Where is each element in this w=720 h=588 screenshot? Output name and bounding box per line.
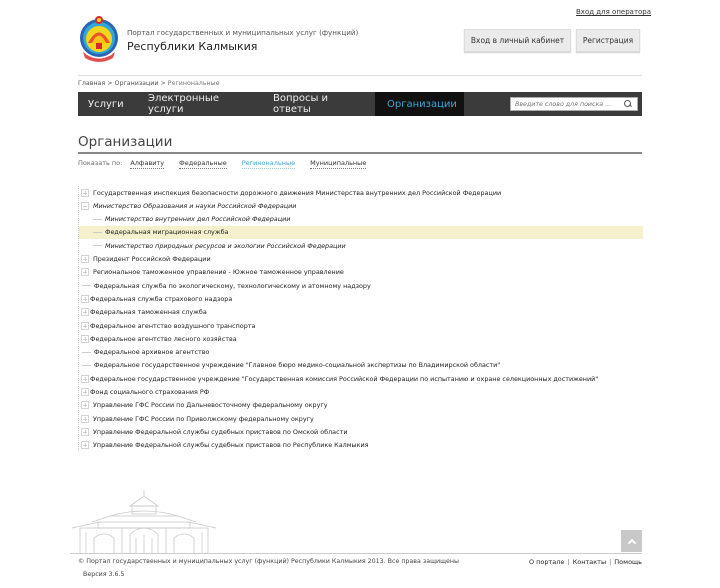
filter-alphabet[interactable]: Алфавиту — [130, 159, 164, 169]
search-input[interactable] — [511, 101, 623, 108]
version-text: Версия 3.6.5 — [83, 571, 125, 578]
tree-item[interactable]: Федеральная таможенная служба — [79, 306, 643, 319]
breadcrumb-separator: > — [161, 80, 166, 87]
tree-connector-line — [82, 365, 91, 366]
tree-item-label[interactable]: Региональное таможенное управление - Южн… — [93, 268, 344, 276]
personal-cabinet-button[interactable]: Вход в личный кабинет — [464, 29, 571, 52]
tree-item-label[interactable]: Федеральное агентство воздушного транспо… — [90, 322, 255, 330]
chevron-up-icon — [627, 538, 635, 546]
operator-login-link[interactable]: Вход для оператора — [576, 8, 651, 16]
tree-item[interactable]: Федеральная служба страхового надзора — [79, 292, 643, 305]
search-icon[interactable] — [623, 99, 633, 109]
tree-item-label[interactable]: Федеральное архивное агентство — [94, 348, 209, 356]
breadcrumb: Главная>Организации>Регинональные — [78, 80, 220, 87]
expand-plus-icon[interactable] — [81, 335, 89, 343]
tree-item[interactable]: Управление ГФС России по Приволжскому фе… — [79, 412, 643, 425]
tree-item-label[interactable]: Министерство природных ресурсов и эколог… — [105, 242, 346, 250]
page-title: Организации — [78, 134, 172, 150]
tree-item[interactable]: Федеральное агентство воздушного транспо… — [79, 319, 643, 332]
tree-connector-line — [82, 285, 91, 286]
footer-links: О портале | Контакты | Помощь — [529, 558, 642, 566]
tree-item-label[interactable]: Федеральная служба страхового надзора — [90, 295, 232, 303]
tree-item[interactable]: Управление ГФС России по Дальневосточном… — [79, 399, 643, 412]
temple-illustration — [70, 488, 218, 554]
breadcrumb-organizations[interactable]: Организации — [114, 80, 158, 87]
nav-services[interactable]: Услуги — [78, 92, 136, 116]
tree-item-label[interactable]: Министерство Образования и науки Российс… — [93, 202, 296, 210]
header-divider — [78, 75, 642, 76]
title-divider — [78, 152, 642, 154]
filter-label: Показать по: — [78, 159, 122, 169]
collapse-minus-icon[interactable] — [81, 202, 89, 210]
tree-item[interactable]: Федеральное государственное учреждение "… — [79, 372, 643, 385]
search-box — [510, 97, 638, 111]
nav-faq[interactable]: Вопросы и ответы — [261, 92, 375, 116]
tree-item[interactable]: Федеральное агентство лесного хозяйства — [79, 332, 643, 345]
tree-item-label[interactable]: Президент Российской Федерации — [93, 255, 211, 263]
tree-item-label[interactable]: Федеральное государственное учреждение "… — [94, 361, 500, 369]
expand-plus-icon[interactable] — [81, 322, 89, 330]
portal-title: Республики Калмыкия — [127, 40, 257, 53]
footer-link-contacts[interactable]: Контакты — [573, 558, 606, 566]
tree-child-item[interactable]: Федеральная миграционная служба — [79, 226, 643, 239]
tree-child-item[interactable]: Министерство внутренних дел Российской Ф… — [79, 213, 643, 226]
tree-item-label[interactable]: Федеральное государственное учреждение "… — [90, 375, 598, 383]
tree-item[interactable]: Федеральное архивное агентство — [79, 346, 643, 359]
tree-connector-line — [93, 219, 102, 220]
filter-regional[interactable]: Регинональные — [242, 159, 295, 169]
tree-item[interactable]: Региональное таможенное управление - Южн… — [79, 266, 643, 279]
tree-item-label[interactable]: Федеральное агентство лесного хозяйства — [90, 335, 237, 343]
breadcrumb-home[interactable]: Главная — [78, 80, 105, 87]
tree-item-label[interactable]: Управление ГФС России по Дальневосточном… — [93, 401, 328, 409]
expand-plus-icon[interactable] — [81, 375, 89, 383]
tree-connector-line — [93, 245, 102, 246]
register-button[interactable]: Регистрация — [576, 29, 640, 52]
footer-separator: | — [609, 558, 611, 566]
tree-item-label[interactable]: Фонд социального страхования РФ — [90, 388, 209, 396]
tree-item[interactable]: Министерство Образования и науки Российс… — [79, 199, 643, 212]
tree-item[interactable]: Президент Российской Федерации — [79, 253, 643, 266]
expand-plus-icon[interactable] — [81, 388, 89, 396]
expand-plus-icon[interactable] — [81, 441, 89, 449]
tree-item-label[interactable]: Управление Федеральной службы судебных п… — [93, 428, 347, 436]
nav-electronic-services[interactable]: Электронные услуги — [136, 92, 261, 116]
tree-item[interactable]: Федеральное государственное учреждение "… — [79, 359, 643, 372]
expand-plus-icon[interactable] — [81, 295, 89, 303]
expand-plus-icon[interactable] — [81, 415, 89, 423]
expand-plus-icon[interactable] — [81, 255, 89, 263]
tree-item-label[interactable]: Федеральная служба по экологическому, те… — [94, 282, 371, 290]
footer-link-about[interactable]: О портале — [529, 558, 564, 566]
footer-separator: | — [567, 558, 569, 566]
tree-item[interactable]: Управление Федеральной службы судебных п… — [79, 425, 643, 438]
expand-plus-icon[interactable] — [81, 401, 89, 409]
filter-bar: Показать по: Алфавиту Федеральные Регино… — [78, 159, 381, 169]
footer-divider — [70, 553, 642, 554]
nav-organizations[interactable]: Организации — [375, 92, 464, 116]
breadcrumb-separator: > — [107, 80, 112, 87]
tree-item[interactable]: Федеральная служба по экологическому, те… — [79, 279, 643, 292]
expand-plus-icon[interactable] — [81, 268, 89, 276]
tree-connector-line — [93, 232, 102, 233]
tree-child-item[interactable]: Министерство природных ресурсов и эколог… — [79, 239, 643, 252]
tree-connector-line — [82, 352, 91, 353]
scroll-to-top-button[interactable] — [621, 530, 642, 552]
organizations-tree: Государственная инспекция безопасности д… — [78, 186, 642, 451]
footer-link-help[interactable]: Помощь — [614, 558, 642, 566]
tree-item[interactable]: Государственная инспекция безопасности д… — [79, 186, 643, 199]
breadcrumb-current: Регинональные — [168, 80, 220, 87]
filter-federal[interactable]: Федеральные — [179, 159, 227, 169]
tree-item-label[interactable]: Управление ГФС России по Приволжскому фе… — [93, 415, 314, 423]
portal-subtitle: Портал государственных и муниципальных у… — [127, 28, 358, 37]
main-nav: Услуги Электронные услуги Вопросы и отве… — [78, 92, 642, 116]
tree-item[interactable]: Фонд социального страхования РФ — [79, 386, 643, 399]
tree-item-label[interactable]: Федеральная таможенная служба — [90, 308, 207, 316]
tree-item[interactable]: Управление Федеральной службы судебных п… — [79, 439, 643, 452]
expand-plus-icon[interactable] — [81, 189, 89, 197]
tree-item-label[interactable]: Управление Федеральной службы судебных п… — [93, 441, 368, 449]
filter-municipal[interactable]: Муниципальные — [310, 159, 366, 169]
tree-item-label[interactable]: Государственная инспекция безопасности д… — [93, 189, 501, 197]
copyright-text: © Портал государственных и муниципальных… — [78, 558, 459, 565]
tree-item-label[interactable]: Министерство внутренних дел Российской Ф… — [105, 215, 290, 223]
expand-plus-icon[interactable] — [81, 428, 89, 436]
kalmykia-emblem-logo[interactable] — [78, 14, 120, 62]
expand-plus-icon[interactable] — [81, 308, 89, 316]
tree-item-label[interactable]: Федеральная миграционная служба — [105, 228, 228, 236]
